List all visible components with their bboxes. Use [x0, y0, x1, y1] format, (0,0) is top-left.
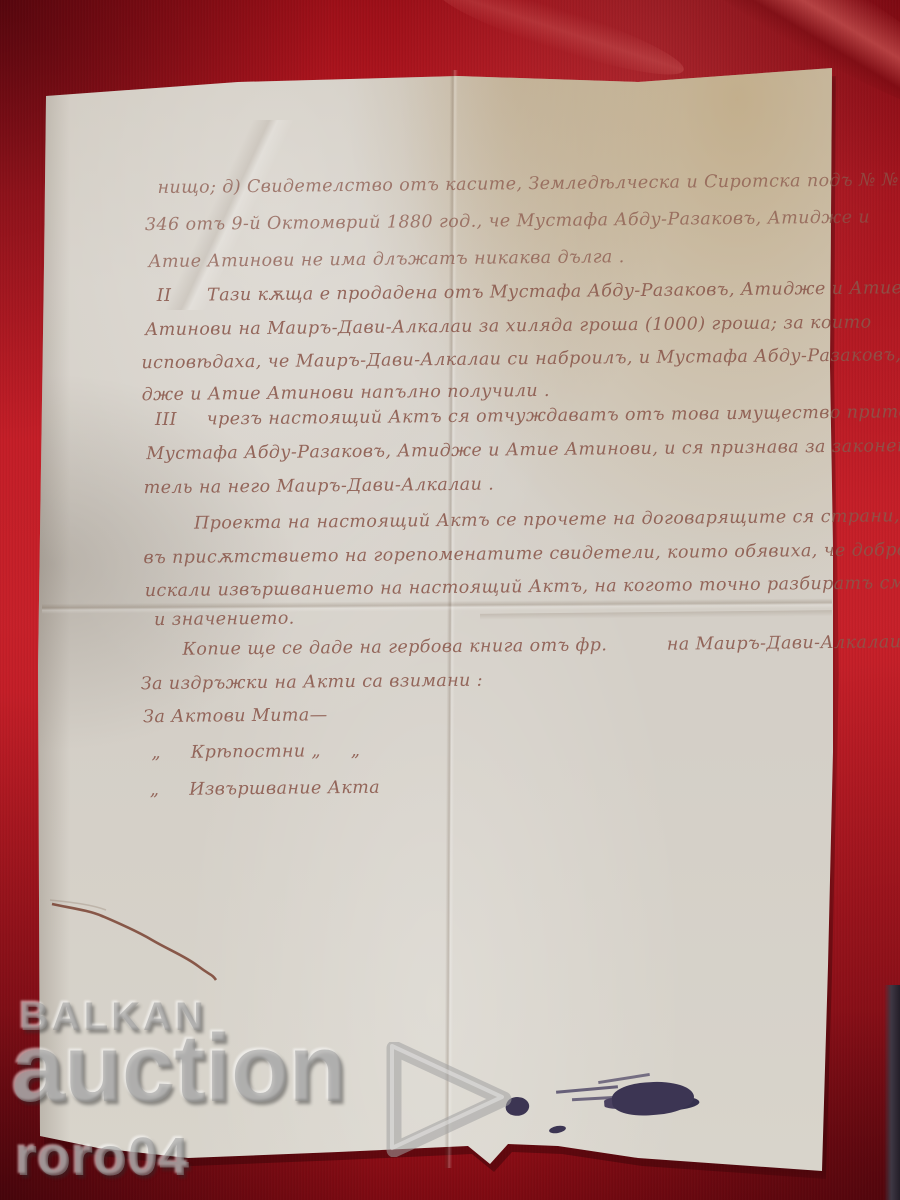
handwritten-line-section-II: II Тази кѫща е продадена отъ Мустафа Абд… — [157, 278, 900, 306]
handwritten-line: дже и Атие Атинови напълно получили . — [142, 381, 550, 405]
handwritten-line: Мустафа Абду-Разаковъ, Атидже и Атие Ати… — [146, 436, 900, 465]
handwritten-line: и значението. — [154, 609, 295, 630]
handwritten-line: въ присѫтствието на горепоменатите свиде… — [143, 539, 900, 568]
photo-of-document: нищо; д) Свидетелство отъ касите, Землед… — [0, 0, 900, 1200]
handwritten-line: нищо; д) Свидетелство отъ касите, Землед… — [157, 170, 900, 198]
watermark-arrow-icon — [382, 1042, 517, 1157]
watermark-username: roro04 — [16, 1126, 190, 1188]
handwritten-line: „ Крѣпостни „ „ — [151, 741, 360, 763]
handwritten-line: Атинови на Маиръ-Дави-Алкалаи за хиляда … — [145, 313, 872, 341]
handwritten-line: Проекта на настоящий Актъ се прочете на … — [194, 506, 900, 534]
handwritten-line: За Актови Мита— — [143, 705, 328, 727]
handwritten-line: исповѣдаха, че Маиръ-Дави-Алкалаи си наб… — [141, 345, 900, 374]
handwritten-line: 346 отъ 9-й Октомврий 1880 год., че Муст… — [145, 208, 870, 236]
handwritten-line: За издръжки на Акти са взимани : — [141, 671, 484, 695]
handwritten-line: „ Извършвание Акта — [150, 778, 380, 800]
handwritten-line: тель на него Маиръ-Дави-Алкалаи . — [144, 475, 495, 499]
handwritten-line: Копие ще се даде на гербова книга отъ фр… — [182, 632, 900, 660]
handwritten-line: искали извършванието на настоящий Актъ, … — [145, 572, 900, 601]
handwritten-line-section-III: III чрезъ настоящий Актъ ся отчуждаватъ … — [155, 401, 900, 430]
paper-crack — [40, 890, 230, 990]
handwritten-line: Атие Атинови не има длъжатъ никаква дълг… — [148, 247, 625, 272]
watermark-brand-main: auction — [12, 1014, 346, 1124]
